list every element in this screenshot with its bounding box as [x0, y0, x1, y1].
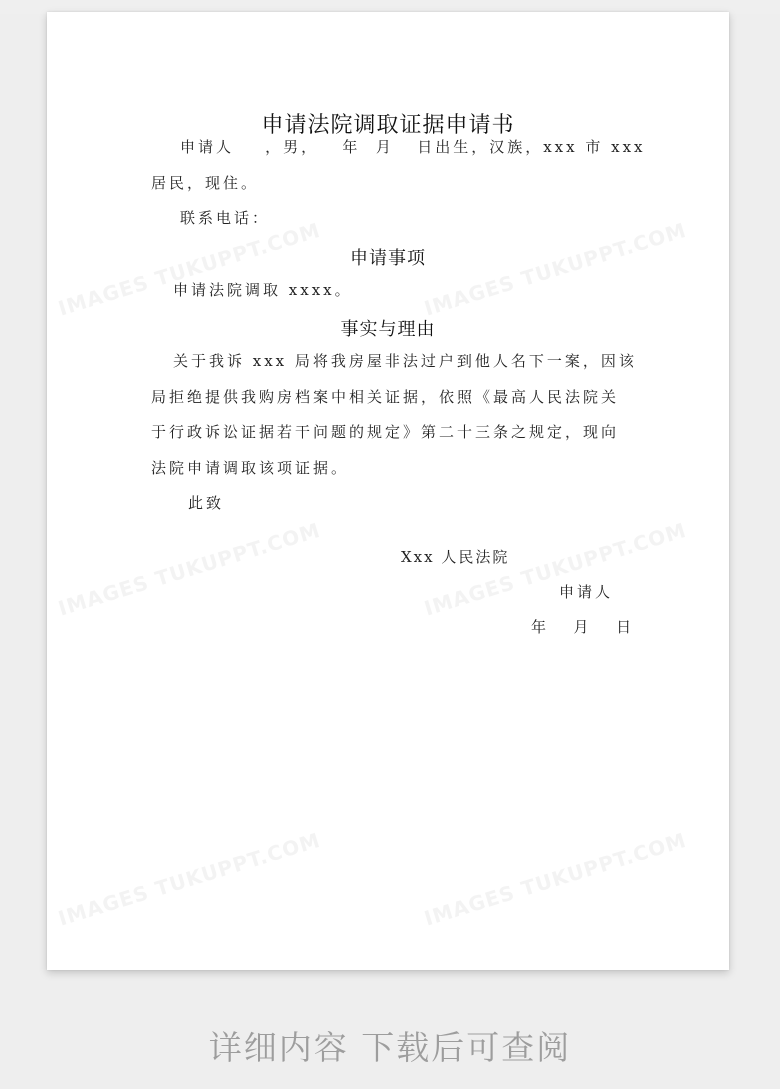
facts-line: 于行政诉讼证据若干问题的规定》第二十三条之规定，现向 — [151, 425, 619, 440]
signature-label: 申请人 — [559, 585, 613, 600]
watermark: IMAGES TUKUPPT.COM — [421, 518, 689, 621]
facts-line: 法院申请调取该项证据。 — [151, 461, 349, 476]
section-heading-facts: 事实与理由 — [47, 315, 729, 341]
closing-salutation: 此致 — [188, 496, 224, 511]
watermark: IMAGES TUKUPPT.COM — [55, 828, 323, 931]
contact-phone-line: 联系电话： — [180, 211, 270, 226]
request-body: 申请法院调取 xxxx。 — [173, 283, 353, 298]
section-heading-request: 申请事项 — [47, 244, 729, 270]
applicant-residence-line: 居民，现住。 — [151, 176, 259, 191]
watermark: IMAGES TUKUPPT.COM — [55, 518, 323, 621]
facts-line: 局拒绝提供我购房档案中相关证据，依照《最高人民法院关 — [151, 390, 619, 405]
watermark: IMAGES TUKUPPT.COM — [421, 828, 689, 931]
document-title: 申请法院调取证据申请书 — [47, 108, 729, 139]
document-page: IMAGES TUKUPPT.COM IMAGES TUKUPPT.COM IM… — [47, 12, 729, 970]
download-prompt: 详细内容 下载后可查阅 — [0, 1022, 780, 1069]
recipient-court: Xxx 人民法院 — [401, 550, 509, 565]
applicant-info-line: 申请人 ，男， 年 月 日出生，汉族，xxx 市 xxx — [180, 140, 646, 155]
date-line: 年 月 日 — [531, 620, 637, 635]
facts-line: 关于我诉 xxx 局将我房屋非法过户到他人名下一案，因该 — [173, 354, 637, 369]
